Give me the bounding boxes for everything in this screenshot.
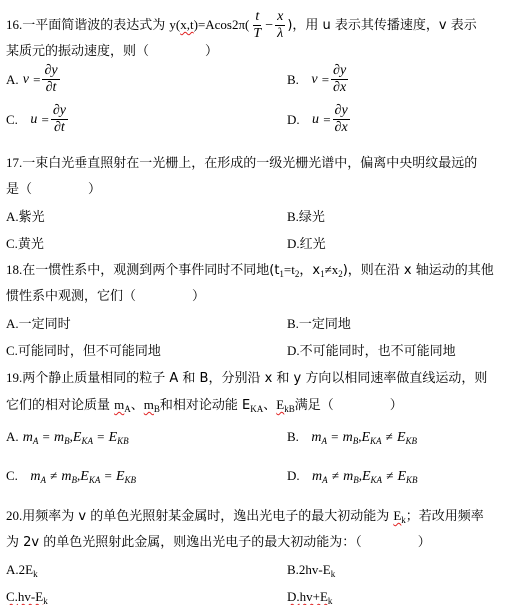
q17-option-d: D.红光 xyxy=(287,236,326,252)
q17-option-a: A.紫光 xyxy=(6,209,45,225)
q19-option-c: C. mA ≠ mB,EKA = EKB xyxy=(6,468,136,484)
q16-stem-line2: 某质元的振动速度，则（） xyxy=(6,44,218,60)
fraction-dy-dx: ∂y∂x xyxy=(333,104,350,135)
spellcheck-underline: x,t xyxy=(180,17,193,32)
q17-option-c: C.黄光 xyxy=(6,236,44,252)
q17-stem-line2: 是（） xyxy=(6,182,101,198)
q20-stem-line1: 20.用频率为 v 的单色光照射某金属时，逸出光电子的最大初动能为 Ek；若改用… xyxy=(6,508,484,524)
q20-stem-line2: 为 2v 的单色光照射此金属，则逸出光电子的最大初动能为：（） xyxy=(6,535,431,551)
q17-stem-line1: 17.一束白光垂直照射在一光栅上，在形成的一级光栅光谱中，偏离中央明纹最远的 xyxy=(6,155,477,171)
q18-stem-line1: 18.在一惯性系中，观测到两个事件同时不同地(t1=t2，x1≠x2)，则在沿 … xyxy=(6,262,494,278)
q20-option-b: B.2hv-Ek xyxy=(287,562,335,578)
q20-option-a: A.2Ek xyxy=(6,562,38,578)
q16-stem-line1: 16.一平面简谐波的表达式为 y(x,t)=Acos2π(tT−xλ)，用 u … xyxy=(6,10,477,40)
q16-option-a: A. v = ∂y∂t xyxy=(6,64,62,95)
q16-option-c: C. u = ∂y∂t xyxy=(6,104,70,135)
fraction-dy-dx: ∂y∂x xyxy=(331,64,348,95)
q18-option-c: C.可能同时，但不可能同地 xyxy=(6,343,161,359)
q18-stem-line2: 惯性系中观测，它们（） xyxy=(6,289,205,305)
q16-option-d: D. u = ∂y∂x xyxy=(287,104,352,135)
q19-option-b: B. mA = mB,EKA ≠ EKB xyxy=(287,429,417,445)
q19-option-a: A. mA = mB,EKA = EKB xyxy=(6,429,129,445)
q19-stem-line1: 19.两个静止质量相同的粒子 A 和 B，分别沿 x 和 y 方向以相同速率做直… xyxy=(6,370,487,386)
q20-number: 20. xyxy=(6,508,22,523)
q19-stem-line2: 它们的相对论质量 mA、mB和相对论动能 EKA、EkB满足（） xyxy=(6,397,403,413)
q17-option-b: B.绿光 xyxy=(287,209,325,225)
fraction-t-over-T: tT xyxy=(251,10,263,41)
q19-number: 19. xyxy=(6,370,22,385)
q16-number: 16. xyxy=(6,17,22,32)
q20-option-d: D.hv+Ek xyxy=(287,589,332,605)
q17-number: 17. xyxy=(6,155,22,170)
q18-option-b: B.一定同地 xyxy=(287,316,351,332)
fraction-dy-dt: ∂y∂t xyxy=(51,104,68,135)
fraction-x-over-lambda: xλ xyxy=(275,10,285,41)
q18-option-d: D.不可能同时，也不可能同地 xyxy=(287,343,456,359)
q20-option-c: C.hv-Ek xyxy=(6,589,48,605)
fraction-dy-dt: ∂y∂t xyxy=(42,64,59,95)
q16-option-b: B. v = ∂y∂x xyxy=(287,64,350,95)
q18-number: 18. xyxy=(6,262,22,277)
q19-option-d: D. mA ≠ mB,EKA ≠ EKB xyxy=(287,468,418,484)
q18-option-a: A.一定同时 xyxy=(6,316,71,332)
